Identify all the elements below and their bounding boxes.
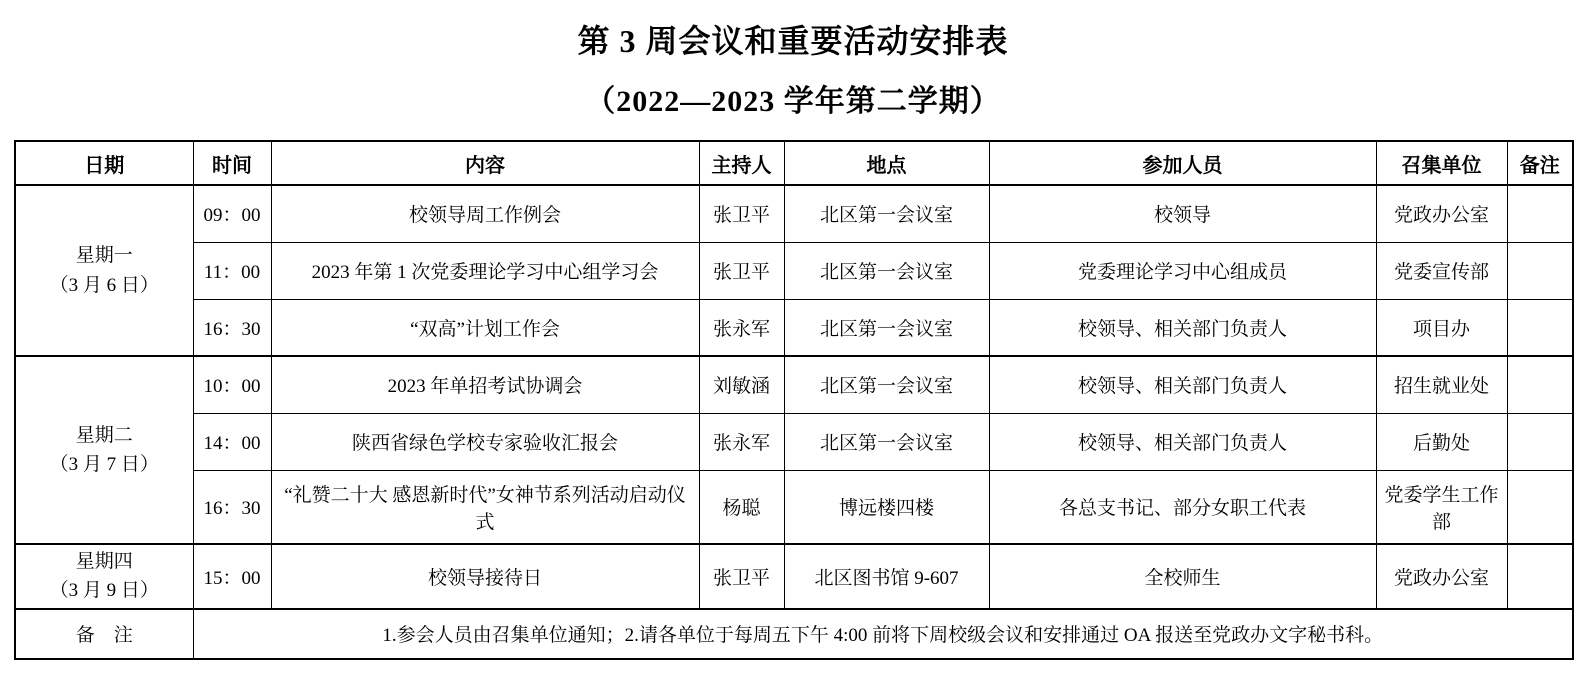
col-header-host: 主持人: [699, 141, 784, 185]
cell-participants: 全校师生: [989, 544, 1376, 609]
cell-content: 2023 年单招考试协调会: [271, 356, 699, 413]
cell-place: 北区图书馆 9-607: [784, 544, 989, 609]
cell-organizer: 后勤处: [1376, 413, 1507, 470]
cell-host: 张永军: [699, 299, 784, 356]
cell-organizer: 党委学生工作部: [1376, 470, 1507, 544]
cell-content: 2023 年第 1 次党委理论学习中心组学习会: [271, 242, 699, 299]
date-cell-tuesday: 星期二 （3 月 7 日）: [15, 356, 193, 544]
cell-place: 北区第一会议室: [784, 242, 989, 299]
cell-organizer: 项目办: [1376, 299, 1507, 356]
cell-participants: 校领导、相关部门负责人: [989, 299, 1376, 356]
table-row: 16：30 “礼赞二十大 感恩新时代”女神节系列活动启动仪式 杨聪 博远楼四楼 …: [15, 470, 1573, 544]
table-row: 11：00 2023 年第 1 次党委理论学习中心组学习会 张卫平 北区第一会议…: [15, 242, 1573, 299]
cell-time: 11：00: [193, 242, 271, 299]
cell-host: 张永军: [699, 413, 784, 470]
page-title: 第 3 周会议和重要活动安排表: [0, 16, 1586, 62]
date-line1: 星期四: [22, 547, 187, 576]
cell-content: 校领导周工作例会: [271, 185, 699, 242]
col-header-remark: 备注: [1507, 141, 1573, 185]
col-header-date: 日期: [15, 141, 193, 185]
cell-remark: [1507, 299, 1573, 356]
cell-participants: 校领导、相关部门负责人: [989, 356, 1376, 413]
cell-content: “礼赞二十大 感恩新时代”女神节系列活动启动仪式: [271, 470, 699, 544]
table-row: 星期二 （3 月 7 日） 10：00 2023 年单招考试协调会 刘敏涵 北区…: [15, 356, 1573, 413]
col-header-place: 地点: [784, 141, 989, 185]
col-header-organizer: 召集单位: [1376, 141, 1507, 185]
cell-time: 10：00: [193, 356, 271, 413]
cell-host: 张卫平: [699, 242, 784, 299]
date-cell-thursday: 星期四 （3 月 9 日）: [15, 544, 193, 609]
date-line2: （3 月 9 日）: [22, 576, 187, 605]
note-text-cell: 1.参会人员由召集单位通知；2.请各单位于每周五下午 4:00 前将下周校级会议…: [193, 609, 1573, 659]
cell-time: 16：30: [193, 470, 271, 544]
cell-time: 09：00: [193, 185, 271, 242]
cell-remark: [1507, 544, 1573, 609]
cell-place: 北区第一会议室: [784, 413, 989, 470]
table-row: 星期一 （3 月 6 日） 09：00 校领导周工作例会 张卫平 北区第一会议室…: [15, 185, 1573, 242]
cell-organizer: 党委宣传部: [1376, 242, 1507, 299]
cell-participants: 各总支书记、部分女职工代表: [989, 470, 1376, 544]
date-line2: （3 月 6 日）: [22, 271, 187, 300]
date-line1: 星期一: [22, 241, 187, 270]
schedule-table: 日期 时间 内容 主持人 地点 参加人员 召集单位 备注 星期一 （3 月 6 …: [14, 140, 1574, 660]
cell-remark: [1507, 413, 1573, 470]
cell-time: 14：00: [193, 413, 271, 470]
cell-place: 北区第一会议室: [784, 299, 989, 356]
cell-remark: [1507, 242, 1573, 299]
cell-place: 北区第一会议室: [784, 185, 989, 242]
cell-time: 15：00: [193, 544, 271, 609]
cell-organizer: 党政办公室: [1376, 544, 1507, 609]
date-line1: 星期二: [22, 421, 187, 450]
cell-host: 刘敏涵: [699, 356, 784, 413]
col-header-participants: 参加人员: [989, 141, 1376, 185]
table-header-row: 日期 时间 内容 主持人 地点 参加人员 召集单位 备注: [15, 141, 1573, 185]
cell-participants: 校领导、相关部门负责人: [989, 413, 1376, 470]
cell-participants: 党委理论学习中心组成员: [989, 242, 1376, 299]
cell-remark: [1507, 470, 1573, 544]
table-row: 星期四 （3 月 9 日） 15：00 校领导接待日 张卫平 北区图书馆 9-6…: [15, 544, 1573, 609]
cell-place: 博远楼四楼: [784, 470, 989, 544]
table-row: 16：30 “双高”计划工作会 张永军 北区第一会议室 校领导、相关部门负责人 …: [15, 299, 1573, 356]
cell-participants: 校领导: [989, 185, 1376, 242]
col-header-content: 内容: [271, 141, 699, 185]
cell-time: 16：30: [193, 299, 271, 356]
cell-place: 北区第一会议室: [784, 356, 989, 413]
date-cell-monday: 星期一 （3 月 6 日）: [15, 185, 193, 356]
cell-remark: [1507, 356, 1573, 413]
table-row: 14：00 陕西省绿色学校专家验收汇报会 张永军 北区第一会议室 校领导、相关部…: [15, 413, 1573, 470]
cell-organizer: 党政办公室: [1376, 185, 1507, 242]
page-subtitle: （2022—2023 学年第二学期）: [0, 76, 1586, 120]
cell-host: 张卫平: [699, 544, 784, 609]
cell-remark: [1507, 185, 1573, 242]
cell-host: 张卫平: [699, 185, 784, 242]
cell-host: 杨聪: [699, 470, 784, 544]
note-row: 备 注 1.参会人员由召集单位通知；2.请各单位于每周五下午 4:00 前将下周…: [15, 609, 1573, 659]
cell-content: 校领导接待日: [271, 544, 699, 609]
col-header-time: 时间: [193, 141, 271, 185]
note-label-cell: 备 注: [15, 609, 193, 659]
cell-organizer: 招生就业处: [1376, 356, 1507, 413]
date-line2: （3 月 7 日）: [22, 450, 187, 479]
cell-content: “双高”计划工作会: [271, 299, 699, 356]
cell-content: 陕西省绿色学校专家验收汇报会: [271, 413, 699, 470]
